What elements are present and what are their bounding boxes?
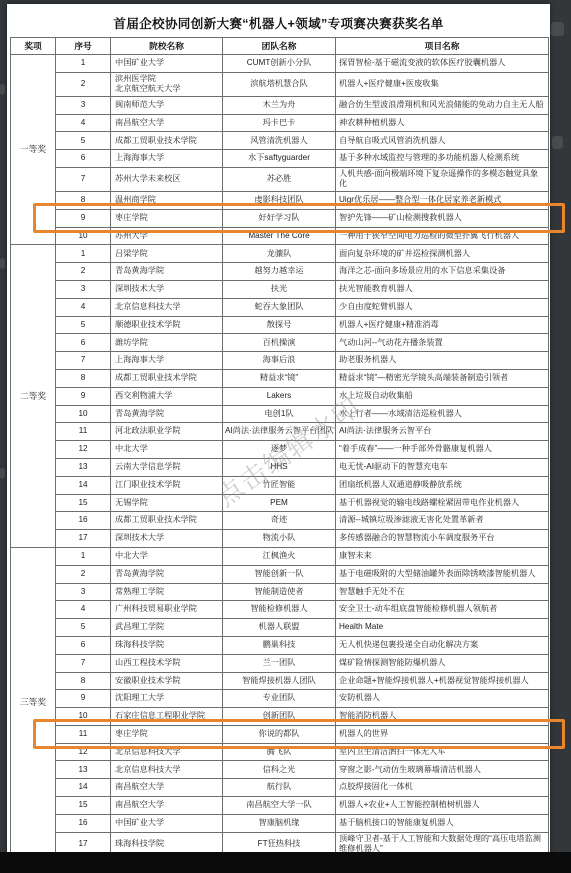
no-cell: 17 <box>56 530 111 548</box>
table-row: 9西交利物浦大学Lakers水上垃圾自动收集船 <box>11 387 549 405</box>
project-cell: 无人机快递包裹投递全自动化解决方案 <box>336 636 549 654</box>
project-cell: 机器人+医疗健康+精准消毒 <box>336 316 549 334</box>
table-row: 14南昌航空大学航行队点胶焊接固化一体机 <box>11 779 549 797</box>
no-cell: 14 <box>56 476 111 494</box>
school-cell: 沈阳理工大学 <box>111 690 223 708</box>
no-cell: 6 <box>56 636 111 654</box>
school-cell: 西交利物浦大学 <box>111 387 223 405</box>
no-cell: 4 <box>56 114 111 132</box>
no-cell: 7 <box>56 654 111 672</box>
table-row: 2滨州医学院 北京航空航天大学滨航塔机慧合队机器人+医疗健康+医废收集 <box>11 72 549 96</box>
table-row: 3深圳技术大学扶光扶光智能教育机器人 <box>11 280 549 298</box>
no-cell: 2 <box>56 263 111 281</box>
no-cell: 11 <box>56 725 111 743</box>
table-row: 10青岛黄海学院电创1队水上行者——水域清洁巡检机器人 <box>11 405 549 423</box>
project-cell: Uigr优乐居——整合型一体化居家养老新模式 <box>336 191 549 209</box>
project-cell: 机器人+农业+人工智能控制植树机器人 <box>336 797 549 815</box>
table-row: 10苏州大学Master The Core一种用于狭窄空间电力巡检的微型扑翼飞行… <box>11 227 549 245</box>
no-cell: 7 <box>56 167 111 191</box>
school-cell: 江门职业技术学院 <box>111 476 223 494</box>
team-cell: 鹏巢科技 <box>223 636 336 654</box>
no-cell: 8 <box>56 191 111 209</box>
no-cell: 12 <box>56 441 111 459</box>
team-cell: 腾飞队 <box>223 743 336 761</box>
team-cell: 智能焊接机器人团队 <box>223 672 336 690</box>
project-cell: 智护先锋——矿山检测搜救机器人 <box>336 209 549 227</box>
no-cell: 3 <box>56 280 111 298</box>
no-cell: 1 <box>56 55 111 73</box>
school-cell: 青岛黄海学院 <box>111 565 223 583</box>
table-row: 11河北政法职业学院AI尚法·法律服务云智平台团队AI尚法·法律服务云智平台 <box>11 423 549 441</box>
school-cell: 上海海事大学 <box>111 352 223 370</box>
school-cell: 南昌航空大学 <box>111 797 223 815</box>
project-cell: 康智未来 <box>336 547 549 565</box>
team-cell: 百机操演 <box>223 334 336 352</box>
project-cell: 面向复杂环境的矿井巡检探测机器人 <box>336 245 549 263</box>
project-cell: 水上行者——水域清洁巡检机器人 <box>336 405 549 423</box>
school-cell: 潍坊学院 <box>111 334 223 352</box>
school-cell: 石家庄信息工程职业学院 <box>111 708 223 726</box>
no-cell: 16 <box>56 512 111 530</box>
project-cell: 助老服务机器人 <box>336 352 549 370</box>
awards-table-body: 一等奖1中国矿业大学CUMT创新小分队探胃智检-基于磁流变液的软体医疗胶囊机器人… <box>11 55 549 857</box>
school-cell: 成都工贸职业技术学院 <box>111 512 223 530</box>
team-cell: 竹匠智能 <box>223 476 336 494</box>
project-cell: “着手成春”——一种手部外骨骼康复机器人 <box>336 441 549 459</box>
page-title: 首届企校协同创新大赛“机器人+领域”专项赛决赛获奖名单 <box>11 13 546 32</box>
team-cell: 逐梦 <box>223 441 336 459</box>
table-row: 12中北大学逐梦“着手成春”——一种手部外骨骼康复机器人 <box>11 441 549 459</box>
team-cell: 电创1队 <box>223 405 336 423</box>
no-cell: 2 <box>56 565 111 583</box>
school-cell: 无锡学院 <box>111 494 223 512</box>
table-row: 4北京信息科技大学蛇吞大象团队少自由度蛇臂机器人 <box>11 298 549 316</box>
team-cell: 奇迹 <box>223 512 336 530</box>
school-cell: 云南大学信息学院 <box>111 458 223 476</box>
column-header-school: 院校名称 <box>111 38 223 55</box>
table-row: 3闽南师范大学木兰为舟融合仿生型波浪滑翔机和风光浪储能的免动力自主无人船 <box>11 96 549 114</box>
edge-smudge <box>552 136 563 149</box>
team-cell: 兰一团队 <box>223 654 336 672</box>
school-cell: 南昌航空大学 <box>111 114 223 132</box>
team-cell: 苏必胜 <box>223 167 336 191</box>
table-row: 一等奖1中国矿业大学CUMT创新小分队探胃智检-基于磁流变液的软体医疗胶囊机器人 <box>11 55 549 73</box>
school-cell: 闽南师范大学 <box>111 96 223 114</box>
no-cell: 5 <box>56 619 111 637</box>
school-cell: 北京信息科技大学 <box>111 743 223 761</box>
no-cell: 13 <box>56 761 111 779</box>
team-cell: 玛卡巴卡 <box>223 114 336 132</box>
project-cell: 多传感器融合的智慧物流小车调度服务平台 <box>336 530 549 548</box>
school-cell: 北京信息科技大学 <box>111 761 223 779</box>
table-row: 6潍坊学院百机操演气动山河--气动花卉播条装置 <box>11 334 549 352</box>
table-row: 16中国矿业大学智康脑机缘基于脑机接口的智能康复机器人 <box>11 814 549 832</box>
award-tier-cell: 一等奖 <box>11 55 56 245</box>
table-row: 11枣庄学院你说的都队机器人的世界 <box>11 725 549 743</box>
column-header-project: 项目名称 <box>336 38 549 55</box>
school-cell: 成都工贸职业技术学院 <box>111 132 223 150</box>
project-cell: 安防机器人 <box>336 690 549 708</box>
no-cell: 3 <box>56 583 111 601</box>
table-header-row: 奖项 序号 院校名称 团队名称 项目名称 <box>11 38 549 55</box>
team-cell: 你说的都队 <box>223 725 336 743</box>
project-cell: 基于机器视觉的输电线路螺栓紧固带电作业机器人 <box>336 494 549 512</box>
team-cell: 扶光 <box>223 280 336 298</box>
team-cell: 智能检修机器人 <box>223 601 336 619</box>
team-cell: 风管清洗机器人 <box>223 132 336 150</box>
no-cell: 12 <box>56 743 111 761</box>
document-page: 首届企校协同创新大赛“机器人+领域”专项赛决赛获奖名单 奖项 序号 院校名称 团… <box>7 4 550 852</box>
table-row: 8安徽职业技术学院智能焊接机器人团队企业命题+智能焊接机器人+机器视觉智能焊接机… <box>11 672 549 690</box>
table-row: 8温州商学院虔影科技团队Uigr优乐居——整合型一体化居家养老新模式 <box>11 191 549 209</box>
school-cell: 中北大学 <box>111 441 223 459</box>
school-cell: 滨州医学院 北京航空航天大学 <box>111 72 223 96</box>
no-cell: 7 <box>56 352 111 370</box>
project-cell: 水上垃圾自动收集船 <box>336 387 549 405</box>
table-row: 12北京信息科技大学腾飞队室内卫生清洁洒扫一体无人车 <box>11 743 549 761</box>
project-cell: 气动山河--气动花卉播条装置 <box>336 334 549 352</box>
school-cell: 常熟理工学院 <box>111 583 223 601</box>
awards-table: 奖项 序号 院校名称 团队名称 项目名称 一等奖1中国矿业大学CUMT创新小分队… <box>10 37 549 857</box>
project-cell: 精益求“镜”—精密光学镜头高端装备制造引领者 <box>336 369 549 387</box>
team-cell: 智康脑机缘 <box>223 814 336 832</box>
team-cell: 机器人联盟 <box>223 619 336 637</box>
team-cell: CUMT创新小分队 <box>223 55 336 73</box>
table-row: 5顺德职业技术学院散探号机器人+医疗健康+精准消毒 <box>11 316 549 334</box>
table-row: 二等奖1吕梁学院龙骧队面向复杂环境的矿井巡检探测机器人 <box>11 245 549 263</box>
school-cell: 成都工贸职业技术学院 <box>111 369 223 387</box>
page-bottom-edge <box>0 852 571 873</box>
no-cell: 4 <box>56 298 111 316</box>
project-cell: 探胃智检-基于磁流变液的软体医疗胶囊机器人 <box>336 55 549 73</box>
team-cell: Lakers <box>223 387 336 405</box>
team-cell: 创新团队 <box>223 708 336 726</box>
school-cell: 南昌航空大学 <box>111 779 223 797</box>
team-cell: 江枫渔火 <box>223 547 336 565</box>
school-cell: 深圳技术大学 <box>111 280 223 298</box>
school-cell: 温州商学院 <box>111 191 223 209</box>
no-cell: 9 <box>56 209 111 227</box>
no-cell: 6 <box>56 334 111 352</box>
table-row: 9枣庄学院好好学习队智护先锋——矿山检测搜救机器人 <box>11 209 549 227</box>
school-cell: 苏州大学 <box>111 227 223 245</box>
school-cell: 青岛黄海学院 <box>111 405 223 423</box>
project-cell: 智能消防机器人 <box>336 708 549 726</box>
column-header-team: 团队名称 <box>223 38 336 55</box>
no-cell: 1 <box>56 245 111 263</box>
project-cell: 机器人的世界 <box>336 725 549 743</box>
team-cell: 智能创新一队 <box>223 565 336 583</box>
school-cell: 广州科技贸易职业学院 <box>111 601 223 619</box>
project-cell: 智慧触手无处不在 <box>336 583 549 601</box>
table-row: 4广州科技贸易职业学院智能检修机器人安全卫士-动车组底盘智能检修机器人领航者 <box>11 601 549 619</box>
team-cell: PEM <box>223 494 336 512</box>
table-row: 13北京信息科技大学信科之光穿窗之影-气动仿生玻璃幕墙清洁机器人 <box>11 761 549 779</box>
table-row: 5武昌理工学院机器人联盟Health Mate <box>11 619 549 637</box>
team-cell: 智能制造使者 <box>223 583 336 601</box>
table-row: 13云南大学信息学院HHS电无忧-AI驱动下的智慧充电车 <box>11 458 549 476</box>
project-cell: 团扇纸机器人双通道静吸静放系统 <box>336 476 549 494</box>
school-cell: 北京信息科技大学 <box>111 298 223 316</box>
team-cell: HHS <box>223 458 336 476</box>
team-cell: 航行队 <box>223 779 336 797</box>
team-cell: 专业团队 <box>223 690 336 708</box>
team-cell: 物流小队 <box>223 530 336 548</box>
award-tier-cell: 三等奖 <box>11 547 56 856</box>
school-cell: 中国矿业大学 <box>111 55 223 73</box>
no-cell: 5 <box>56 132 111 150</box>
table-row: 15无锡学院PEM基于机器视觉的输电线路螺栓紧固带电作业机器人 <box>11 494 549 512</box>
project-cell: 穿窗之影-气动仿生玻璃幕墙清洁机器人 <box>336 761 549 779</box>
school-cell: 武昌理工学院 <box>111 619 223 637</box>
project-cell: 清源--城镇垃圾渗滤液无害化处置革新者 <box>336 512 549 530</box>
team-cell: 滨航塔机慧合队 <box>223 72 336 96</box>
table-row: 9沈阳理工大学专业团队安防机器人 <box>11 690 549 708</box>
project-cell: 融合仿生型波浪滑翔机和风光浪储能的免动力自主无人船 <box>336 96 549 114</box>
project-cell: 企业命题+智能焊接机器人+机器视觉智能焊接机器人 <box>336 672 549 690</box>
table-row: 4南昌航空大学玛卡巴卡神农耕种植机器人 <box>11 114 549 132</box>
team-cell: 南昌航空大学一队 <box>223 797 336 815</box>
edge-smudge <box>551 22 564 36</box>
no-cell: 1 <box>56 547 111 565</box>
table-row: 6珠海科技学院鹏巢科技无人机快递包裹投递全自动化解决方案 <box>11 636 549 654</box>
school-cell: 深圳技术大学 <box>111 530 223 548</box>
no-cell: 3 <box>56 96 111 114</box>
no-cell: 10 <box>56 227 111 245</box>
award-tier-cell: 二等奖 <box>11 245 56 548</box>
no-cell: 10 <box>56 708 111 726</box>
team-cell: 海事后浪 <box>223 352 336 370</box>
no-cell: 4 <box>56 601 111 619</box>
no-cell: 13 <box>56 458 111 476</box>
column-header-no: 序号 <box>56 38 111 55</box>
project-cell: 自导航自吸式风管消洗机器人 <box>336 132 549 150</box>
edge-smudge <box>0 84 5 95</box>
team-cell: 龙骧队 <box>223 245 336 263</box>
table-row: 7苏州大学未来校区苏必胜人机共感-面向极端环境下复杂遥操作的多模态触觉具象化 <box>11 167 549 191</box>
no-cell: 6 <box>56 150 111 168</box>
team-cell: AI尚法·法律服务云智平台团队 <box>223 423 336 441</box>
team-cell: 好好学习队 <box>223 209 336 227</box>
edge-smudge <box>0 468 5 479</box>
no-cell: 9 <box>56 690 111 708</box>
project-cell: 扶光智能教育机器人 <box>336 280 549 298</box>
table-row: 8成都工贸职业技术学院精益求“镜”精益求“镜”—精密光学镜头高端装备制造引领者 <box>11 369 549 387</box>
project-cell: 机器人+医疗健康+医废收集 <box>336 72 549 96</box>
table-row: 7山西工程技术学院兰一团队煤矿险情探测智能防爆机器人 <box>11 654 549 672</box>
school-cell: 枣庄学院 <box>111 209 223 227</box>
project-cell: 少自由度蛇臂机器人 <box>336 298 549 316</box>
team-cell: Master The Core <box>223 227 336 245</box>
table-row: 16成都工贸职业技术学院奇迹清源--城镇垃圾渗滤液无害化处置革新者 <box>11 512 549 530</box>
project-cell: 室内卫生清洁洒扫一体无人车 <box>336 743 549 761</box>
project-cell: 点胶焊接固化一体机 <box>336 779 549 797</box>
no-cell: 11 <box>56 423 111 441</box>
team-cell: 信科之光 <box>223 761 336 779</box>
project-cell: Health Mate <box>336 619 549 637</box>
school-cell: 河北政法职业学院 <box>111 423 223 441</box>
no-cell: 15 <box>56 797 111 815</box>
table-row: 3常熟理工学院智能制造使者智慧触手无处不在 <box>11 583 549 601</box>
table-row: 7上海海事大学海事后浪助老服务机器人 <box>11 352 549 370</box>
school-cell: 上海海事大学 <box>111 150 223 168</box>
project-cell: 安全卫士-动车组底盘智能检修机器人领航者 <box>336 601 549 619</box>
school-cell: 苏州大学未来校区 <box>111 167 223 191</box>
school-cell: 珠海科技学院 <box>111 636 223 654</box>
team-cell: 散探号 <box>223 316 336 334</box>
project-cell: 一种用于狭窄空间电力巡检的微型扑翼飞行机器人 <box>336 227 549 245</box>
project-cell: 人机共感-面向极端环境下复杂遥操作的多模态触觉具象化 <box>336 167 549 191</box>
team-cell: 蛇吞大象团队 <box>223 298 336 316</box>
edge-smudge <box>0 258 5 269</box>
table-row: 15南昌航空大学南昌航空大学一队机器人+农业+人工智能控制植树机器人 <box>11 797 549 815</box>
team-cell: 木兰为舟 <box>223 96 336 114</box>
no-cell: 5 <box>56 316 111 334</box>
no-cell: 8 <box>56 672 111 690</box>
school-cell: 顺德职业技术学院 <box>111 316 223 334</box>
school-cell: 吕梁学院 <box>111 245 223 263</box>
table-row: 2青岛黄海学院智能创新一队基于电磁吸附的大型储油罐外表面除锈喷漆智能机器人 <box>11 565 549 583</box>
project-cell: 基于多种水域监控与管理的多功能机器人检测系统 <box>336 150 549 168</box>
table-row: 三等奖1中北大学江枫渔火康智未来 <box>11 547 549 565</box>
no-cell: 8 <box>56 369 111 387</box>
no-cell: 15 <box>56 494 111 512</box>
project-cell: 海洋之芯-面向多场景应用的水下信息采集设备 <box>336 263 549 281</box>
team-cell: 水下saftyguarder <box>223 150 336 168</box>
table-row: 5成都工贸职业技术学院风管清洗机器人自导航自吸式风管消洗机器人 <box>11 132 549 150</box>
table-row: 14江门职业技术学院竹匠智能团扇纸机器人双通道静吸静放系统 <box>11 476 549 494</box>
school-cell: 中北大学 <box>111 547 223 565</box>
school-cell: 枣庄学院 <box>111 725 223 743</box>
school-cell: 安徽职业技术学院 <box>111 672 223 690</box>
no-cell: 10 <box>56 405 111 423</box>
project-cell: AI尚法·法律服务云智平台 <box>336 423 549 441</box>
school-cell: 山西工程技术学院 <box>111 654 223 672</box>
team-cell: 虔影科技团队 <box>223 191 336 209</box>
project-cell: 煤矿险情探测智能防爆机器人 <box>336 654 549 672</box>
project-cell: 神农耕种植机器人 <box>336 114 549 132</box>
table-row: 10石家庄信息工程职业学院创新团队智能消防机器人 <box>11 708 549 726</box>
project-cell: 电无忧-AI驱动下的智慧充电车 <box>336 458 549 476</box>
column-header-award: 奖项 <box>11 38 56 55</box>
team-cell: 精益求“镜” <box>223 369 336 387</box>
no-cell: 2 <box>56 72 111 96</box>
project-cell: 基于电磁吸附的大型储油罐外表面除锈喷漆智能机器人 <box>336 565 549 583</box>
no-cell: 16 <box>56 814 111 832</box>
no-cell: 9 <box>56 387 111 405</box>
school-cell: 中国矿业大学 <box>111 814 223 832</box>
table-row: 6上海海事大学水下saftyguarder基于多种水域监控与管理的多功能机器人检… <box>11 150 549 168</box>
no-cell: 14 <box>56 779 111 797</box>
team-cell: 越努力越幸运 <box>223 263 336 281</box>
project-cell: 基于脑机接口的智能康复机器人 <box>336 814 549 832</box>
table-row: 17深圳技术大学物流小队多传感器融合的智慧物流小车调度服务平台 <box>11 530 549 548</box>
table-row: 2青岛黄海学院越努力越幸运海洋之芯-面向多场景应用的水下信息采集设备 <box>11 263 549 281</box>
school-cell: 青岛黄海学院 <box>111 263 223 281</box>
